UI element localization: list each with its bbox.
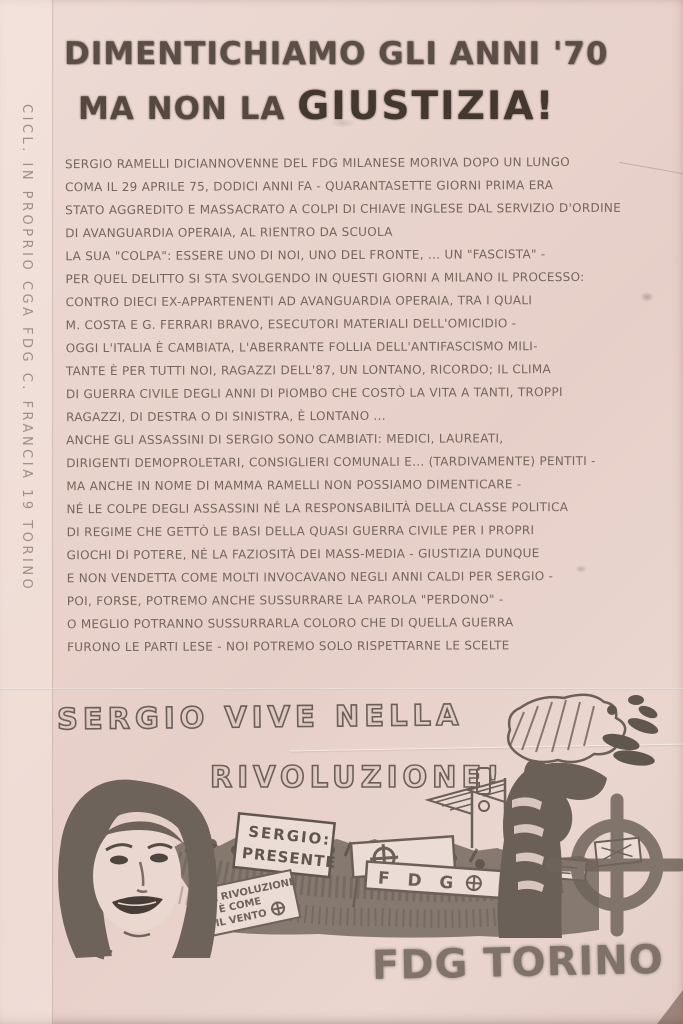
body-line: SERGIO RAMELLI DICIANNOVENNE DEL FDG MIL… [65, 151, 621, 176]
body-line: PER QUEL DELITTO SI STA SVOLGENDO IN QUE… [65, 266, 621, 291]
paper-crease [619, 162, 683, 175]
body-line: DI GUERRA CIVILE DEGLI ANNI DI PIOMBO CH… [66, 381, 622, 406]
print-imprint-note: CICL. IN PROPRIO CGA FDG C. FRANCIA 19 T… [19, 104, 34, 592]
woman-portrait-drawing [58, 780, 217, 958]
body-text: SERGIO RAMELLI DICIANNOVENNE DEL FDG MIL… [65, 151, 623, 659]
headline-line2-prefix: MA NON LA [78, 91, 297, 127]
headline-line1: DIMENTICHIAMO GLI ANNI '70 [64, 36, 609, 72]
body-line: DIRIGENTI DEMOPROLETARI, CONSIGLIERI COM… [66, 450, 622, 475]
body-line: STATO AGGREDITO E MASSACRATO A COLPI DI … [65, 197, 621, 222]
body-line: DI REGIME CHE GETTÒ LE BASI DELLA QUASI … [67, 519, 623, 544]
body-line: LA SUA "COLPA": ESSERE UNO DI NOI, UNO D… [65, 243, 621, 268]
body-line: OGGI L'ITALIA È CAMBIATA, L'ABERRANTE FO… [66, 335, 622, 360]
body-line: M. COSTA E G. FERRARI BRAVO, ESECUTORI M… [66, 312, 622, 337]
footer-stamp: FDG TORINO [372, 937, 665, 989]
body-line: ANCHE GLI ASSASSINI DI SERGIO SONO CAMBI… [66, 427, 622, 452]
body-line: E NON VENDETTA COME MOLTI INVOCAVANO NEG… [67, 565, 623, 590]
body-line: O MEGLIO POTRANNO SUSSURRARLA COLORO CHE… [67, 611, 623, 636]
body-line: TANTE È PER TUTTI NOI, RAGAZZI DELL'87, … [66, 358, 622, 383]
body-line: FURONO LE PARTI LESE - NOI POTREMO SOLO … [67, 634, 623, 659]
body-line: RAGAZZI, DI DESTRA O DI SINISTRA, È LONT… [66, 404, 622, 429]
sergio-presente-banner: SERGIO: PRESENTE [234, 813, 341, 877]
headline-giustizia: GIUSTIZIA! [297, 84, 555, 129]
body-line: NÉ LE COLPE DEGLI ASSASSINI NÉ LA RESPON… [66, 496, 622, 521]
flyer-page: CICL. IN PROPRIO CGA FDG C. FRANCIA 19 T… [0, 0, 683, 1024]
ink-smudge [640, 292, 654, 302]
body-line: COMA IL 29 APRILE 75, DODICI ANNI FA - Q… [65, 174, 621, 199]
body-line: GIOCHI DI POTERE, NÉ LA FAZIOSITÀ DEI MA… [67, 542, 623, 567]
headline-line2: MA NON LA GIUSTIZIA! [78, 84, 555, 129]
body-line: MA ANCHE IN NOME DI MAMMA RAMELLI NON PO… [66, 473, 622, 498]
body-line: POI, FORSE, POTREMO ANCHE SUSSURRARE LA … [67, 588, 623, 613]
body-line: CONTRO DIECI EX-APPARTENENTI AD AVANGUAR… [66, 289, 622, 314]
body-line: DI AVANGUARDIA OPERAIA, AL RIENTRO DA SC… [65, 220, 621, 245]
